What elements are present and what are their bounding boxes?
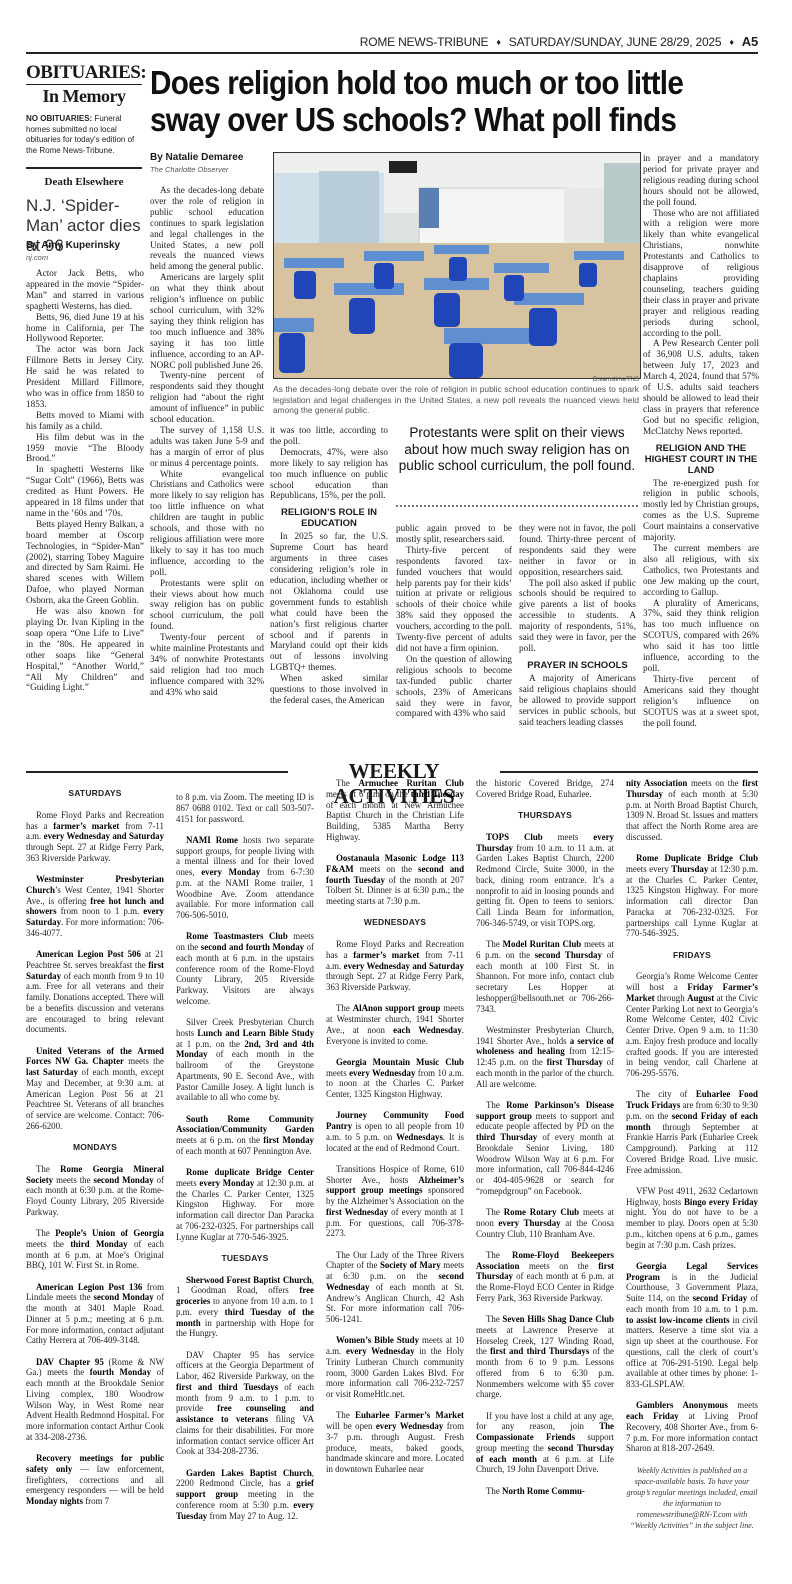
activities-column-5: nity Association meets on the first Thur… bbox=[626, 778, 758, 1531]
death-article-body: Actor Jack Betts, who appeared in the mo… bbox=[26, 268, 144, 693]
paragraph: In 2025 so far, the U.S. Supreme Court h… bbox=[270, 531, 388, 673]
activity-item: Rome Floyd Parks and Recreation has a fa… bbox=[326, 939, 464, 993]
activity-item: The Model Ruritan Club meets at 6 p.m. o… bbox=[476, 939, 614, 1014]
subhead-highest-court: RELIGION AND THE HIGHEST COURT IN THE LA… bbox=[643, 443, 759, 476]
paragraph: His film debut was in the 1959 movie “Th… bbox=[26, 432, 144, 465]
activity-item: The Armuchee Ruritan Club meets at 6 p.m… bbox=[326, 778, 464, 843]
day-heading-tuesdays: TUESDAYS bbox=[176, 1253, 314, 1264]
activity-item: Oostanaula Masonic Lodge 113 F&AM meets … bbox=[326, 853, 464, 907]
activity-item: The People’s Union of Georgia meets the … bbox=[26, 1228, 164, 1271]
death-source: nj.com bbox=[26, 253, 48, 262]
paragraph: in prayer and a mandatory period for pri… bbox=[643, 153, 759, 208]
paragraph: Actor Jack Betts, who appeared in the mo… bbox=[26, 268, 144, 312]
paragraph: public again proved to be mostly split, … bbox=[396, 523, 512, 545]
paragraph: Those who are not affiliated with a reli… bbox=[643, 208, 759, 339]
main-headline: Does religion hold too much or too littl… bbox=[150, 64, 708, 138]
paragraph: The survey of 1,158 U.S. adults was take… bbox=[150, 425, 264, 469]
publication-name: ROME NEWS-TRIBUNE bbox=[360, 35, 489, 49]
subhead-religions-role: RELIGION’S ROLE IN EDUCATION bbox=[270, 507, 388, 529]
diamond-separator-icon: ♦ bbox=[496, 37, 500, 47]
main-source: The Charlotte Observer bbox=[150, 165, 228, 174]
obituaries-title: OBITUARIES: bbox=[26, 63, 142, 85]
activity-item: The North Rome Commu- bbox=[476, 1486, 614, 1497]
paragraph: A plurality of Americans, 37%, said they… bbox=[643, 598, 759, 674]
activity-item: The Rome Parkinson’s Disease support gro… bbox=[476, 1100, 614, 1197]
story-column-4: they were not in favor, the poll found. … bbox=[519, 523, 636, 727]
activity-item: The Rome Georgia Mineral Society meets t… bbox=[26, 1164, 164, 1218]
paragraph: Americans are largely split on what they… bbox=[150, 272, 264, 370]
paragraph: He was also known for playing Dr. Ivan K… bbox=[26, 606, 144, 693]
section-rule-left bbox=[26, 771, 288, 773]
death-elsewhere-heading: Death Elsewhere bbox=[26, 176, 142, 188]
paragraph: Betts moved to Miami with his family as … bbox=[26, 410, 144, 432]
activity-item: NAMI Rome hosts two separate support gro… bbox=[176, 835, 314, 921]
day-heading-fridays: FRIDAYS bbox=[626, 950, 758, 961]
activity-item: Georgia Legal Services Program is in the… bbox=[626, 1261, 758, 1390]
paragraph: Twenty-nine percent of respondents said … bbox=[150, 370, 264, 425]
activity-item: Journey Community Food Pantry is open to… bbox=[326, 1110, 464, 1153]
paragraph: The actor was born Jack Fillmore Betts i… bbox=[26, 344, 144, 409]
story-column-2: it was too little, according to the poll… bbox=[270, 425, 388, 706]
activity-item: The AlAnon support group meets at Westmi… bbox=[326, 1003, 464, 1046]
activity-item: Georgia Mountain Music Club meets every … bbox=[326, 1057, 464, 1100]
activity-item: American Legion Post 136 from Lindale me… bbox=[26, 1282, 164, 1347]
activity-item: Sherwood Forest Baptist Church, 1 Goodma… bbox=[176, 1275, 314, 1340]
activities-column-2: to 8 p.m. via Zoom. The meeting ID is 86… bbox=[176, 792, 314, 1532]
activity-item: South Rome Community Association/Communi… bbox=[176, 1114, 314, 1157]
day-heading-saturdays: SATURDAYS bbox=[26, 788, 164, 799]
activities-column-3: The Armuchee Ruritan Club meets at 6 p.m… bbox=[326, 778, 464, 1485]
activity-item-continued: nity Association meets on the first Thur… bbox=[626, 778, 758, 843]
paragraph: Thirty-five percent of Americans said th… bbox=[643, 674, 759, 729]
activity-item: Rome Duplicate Bridge Club meets every T… bbox=[626, 853, 758, 939]
paragraph: When asked similar questions to those in… bbox=[270, 673, 388, 706]
activity-item: Recovery meetings for public safety only… bbox=[26, 1453, 164, 1507]
activity-item: DAV Chapter 95 (Rome & NW Ga.) meets the… bbox=[26, 1357, 164, 1443]
activities-column-1: SATURDAYS Rome Floyd Parks and Recreatio… bbox=[26, 786, 164, 1517]
pull-quote: Protestants were split on their views ab… bbox=[396, 425, 638, 475]
story-column-5: in prayer and a mandatory period for pri… bbox=[643, 153, 759, 728]
story-column-3: public again proved to be mostly split, … bbox=[396, 523, 512, 719]
activity-item: United Veterans of the Armed Forces NW G… bbox=[26, 1046, 164, 1132]
activity-item: The city of Euharlee Food Truck Fridays … bbox=[626, 1089, 758, 1175]
activity-item: The Euharlee Farmer’s Market will be ope… bbox=[326, 1410, 464, 1475]
page-number: A5 bbox=[742, 34, 758, 49]
death-byline: By Amy Kuperinsky bbox=[26, 240, 120, 251]
paragraph: Betts, 96, died June 19 at his home in C… bbox=[26, 312, 144, 345]
activity-item: American Legion Post 506 at 21 Peachtree… bbox=[26, 949, 164, 1035]
paragraph: On the question of allowing religious sc… bbox=[396, 654, 512, 719]
activity-item: Garden Lakes Baptist Church, 2200 Redmon… bbox=[176, 1468, 314, 1522]
activity-item: Rome duplicate Bridge Center meets every… bbox=[176, 1167, 314, 1242]
photo-caption: As the decades-long debate over the role… bbox=[273, 384, 639, 416]
pull-quote-divider bbox=[396, 505, 638, 507]
activity-item-continued: the historic Covered Bridge, 274 Covered… bbox=[476, 778, 614, 800]
paragraph: Thirty-five percent of respondents favor… bbox=[396, 545, 512, 654]
activity-item: Westminster Presbyterian Church’s West C… bbox=[26, 874, 164, 939]
submission-footnote: Weekly Activities is published on a spac… bbox=[626, 1465, 758, 1531]
diamond-separator-icon: ♦ bbox=[729, 37, 733, 47]
activity-item: The Rome Rotary Club meets at noon every… bbox=[476, 1207, 614, 1239]
activity-item: The Rome-Floyd Beekeepers Association me… bbox=[476, 1250, 614, 1304]
obituaries-divider bbox=[26, 167, 142, 169]
activity-item: VFW Post 4911, 2632 Cedartown Highway, h… bbox=[626, 1186, 758, 1251]
paragraph: As the decades-long debate over the role… bbox=[150, 185, 264, 272]
activity-item: If you have lost a child at any age, for… bbox=[476, 1411, 614, 1476]
activity-item: The Our Lady of the Three Rivers Chapter… bbox=[326, 1250, 464, 1325]
paragraph: Democrats, 47%, were also more likely to… bbox=[270, 447, 388, 502]
paragraph: they were not in favor, the poll found. … bbox=[519, 523, 636, 578]
paragraph: it was too little, according to the poll… bbox=[270, 425, 388, 447]
activity-item: Rome Toastmasters Club meets on the seco… bbox=[176, 931, 314, 1006]
story-column-1: As the decades-long debate over the role… bbox=[150, 185, 264, 698]
paragraph: The re-energized push for religion in pu… bbox=[643, 478, 759, 543]
paragraph: A Pew Research Center poll of 36,908 U.S… bbox=[643, 338, 759, 436]
obituaries-subtitle: In Memory bbox=[26, 85, 142, 107]
folio-divider bbox=[26, 52, 758, 54]
section-rule-right bbox=[500, 771, 758, 773]
subhead-prayer-in-schools: PRAYER IN SCHOOLS bbox=[519, 660, 636, 671]
paragraph: The poll also asked if public schools sh… bbox=[519, 578, 636, 654]
activity-item: TOPS Club meets every Thursday from 10 a… bbox=[476, 832, 614, 929]
activity-item: DAV Chapter 95 has service officers at t… bbox=[176, 1350, 314, 1458]
activity-item-continued: to 8 p.m. via Zoom. The meeting ID is 86… bbox=[176, 792, 314, 824]
note-label: NO OBITUARIES: bbox=[26, 114, 92, 123]
activity-item: Georgia’s Rome Welcome Center will host … bbox=[626, 971, 758, 1079]
paragraph: Betts played Henry Balkan, a board membe… bbox=[26, 519, 144, 606]
paragraph: Protestants were split on their views ab… bbox=[150, 578, 264, 633]
issue-date: SATURDAY/SUNDAY, JUNE 28/29, 2025 bbox=[509, 35, 722, 49]
classroom-image bbox=[274, 153, 640, 378]
classroom-photo bbox=[273, 152, 641, 379]
paragraph: The current members are also all religio… bbox=[643, 543, 759, 598]
paragraph: White evangelical Christians and Catholi… bbox=[150, 469, 264, 578]
paragraph: Twenty-four percent of white mainline Pr… bbox=[150, 632, 264, 697]
page-folio: ROME NEWS-TRIBUNE♦SATURDAY/SUNDAY, JUNE … bbox=[0, 34, 758, 49]
paragraph: In spaghetti Westerns like “Sugar Colt” … bbox=[26, 464, 144, 519]
paragraph: A majority of Americans said religious c… bbox=[519, 673, 636, 728]
main-byline: By Natalie Demaree bbox=[150, 152, 243, 163]
no-obituaries-note: NO OBITUARIES: Funeral homes submitted n… bbox=[26, 114, 142, 156]
activity-item: Westminster Presbyterian Church, 1941 Sh… bbox=[476, 1025, 614, 1090]
activity-item: Transitions Hospice of Rome, 610 Shorter… bbox=[326, 1164, 464, 1239]
activity-item: Gamblers Anonymous meets each Friday at … bbox=[626, 1400, 758, 1454]
day-heading-thursdays: THURSDAYS bbox=[476, 810, 614, 821]
day-heading-wednesdays: WEDNESDAYS bbox=[326, 917, 464, 928]
activity-item: Silver Creek Presbyterian Church hosts L… bbox=[176, 1017, 314, 1103]
activity-item: Women’s Bible Study meets at 10 a.m. eve… bbox=[326, 1335, 464, 1400]
activities-column-4: the historic Covered Bridge, 274 Covered… bbox=[476, 778, 614, 1507]
obituaries-section-title: OBITUARIES: In Memory bbox=[26, 63, 142, 107]
photo-credit: Dreamstime/TNS bbox=[273, 377, 639, 383]
day-heading-mondays: MONDAYS bbox=[26, 1142, 164, 1153]
activity-item: Rome Floyd Parks and Recreation has a fa… bbox=[26, 810, 164, 864]
activity-item: The Seven Hills Shag Dance Club meets at… bbox=[476, 1314, 614, 1400]
